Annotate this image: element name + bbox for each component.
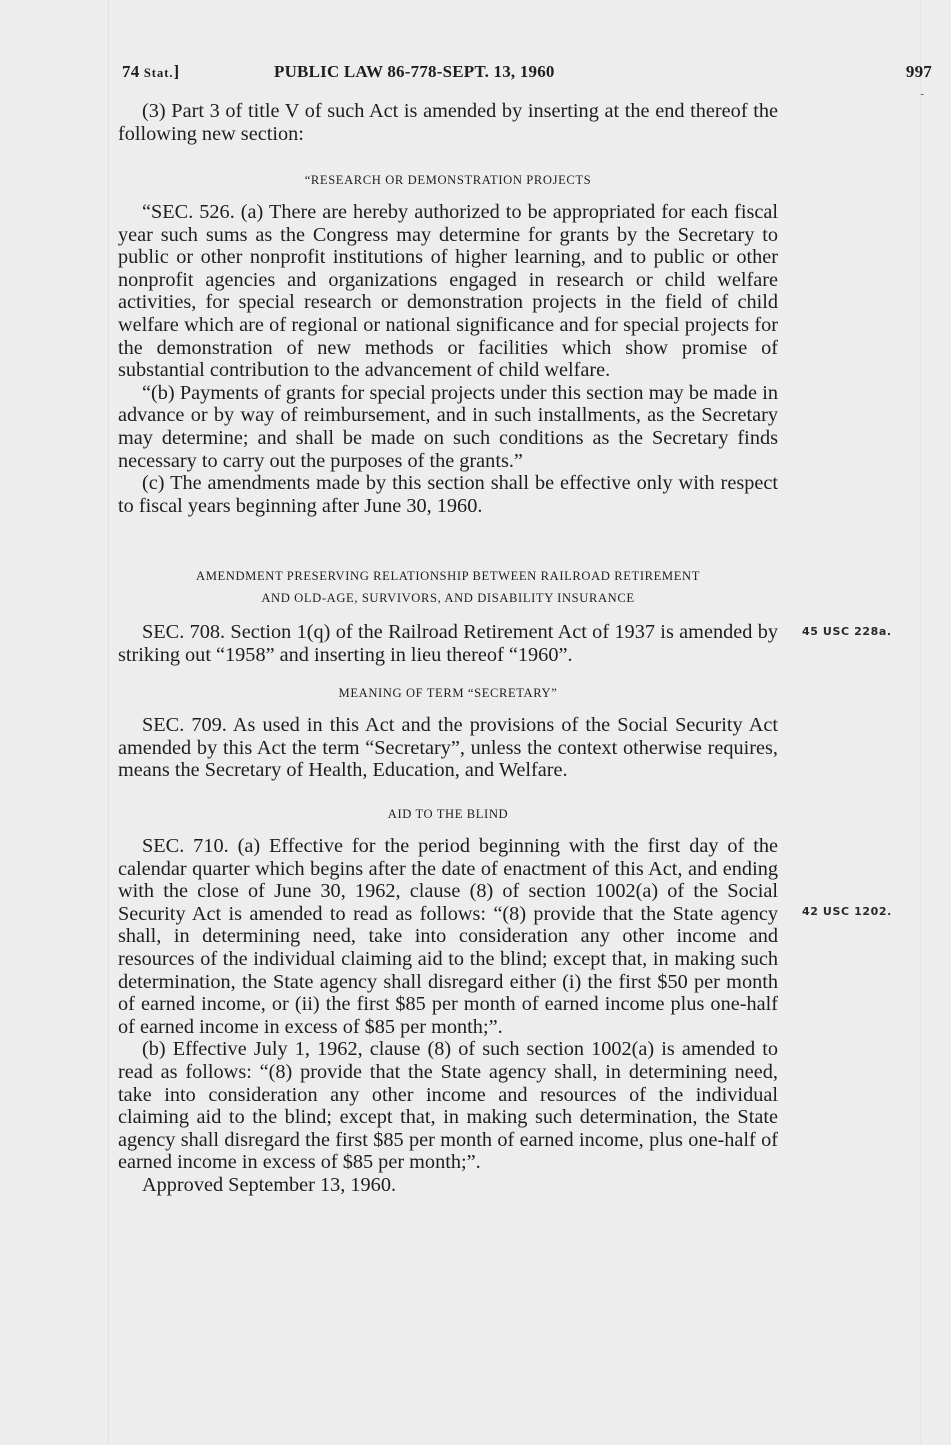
page-edge — [920, 0, 921, 1445]
section-710-b: (b) Effective July 1, 1962, clause (8) o… — [118, 1038, 778, 1174]
volume-abbrev: Stat. — [144, 66, 174, 80]
header-title: PUBLIC LAW 86-778-SEPT. 13, 1960 — [274, 62, 555, 82]
bracket: ] — [174, 62, 180, 81]
section-708: SEC. 708. Section 1(q) of the Railroad R… — [118, 621, 778, 666]
running-header: 74 Stat.] PUBLIC LAW 86-778-SEPT. 13, 19… — [122, 62, 932, 88]
section-526: “SEC. 526. (a) There are hereby authoriz… — [118, 201, 778, 517]
statute-citation: 74 Stat.] — [122, 62, 179, 82]
approval-date: Approved September 13, 1960. — [118, 1174, 778, 1197]
section-709: SEC. 709. As used in this Act and the pr… — [118, 714, 778, 782]
heading-research-projects: “RESEARCH OR DEMONSTRATION PROJECTS — [118, 169, 778, 191]
section-710: SEC. 710. (a) Effective for the period b… — [118, 835, 778, 1197]
section-526-b: “(b) Payments of grants for special proj… — [118, 382, 778, 472]
heading-line: AMENDMENT PRESERVING RELATIONSHIP BETWEE… — [118, 565, 778, 587]
heading-line: AND OLD-AGE, SURVIVORS, AND DISABILITY I… — [118, 587, 778, 609]
page-number: 997 — [906, 62, 932, 82]
margin-note-45-usc: 45 USC 228a. — [802, 625, 892, 638]
paragraph-part-3-amendment: (3) Part 3 of title V of such Act is ame… — [118, 100, 778, 145]
heading-aid-to-blind: AID TO THE BLIND — [118, 803, 778, 825]
paragraph-text: SEC. 708. Section 1(q) of the Railroad R… — [118, 621, 778, 666]
volume-number: 74 — [122, 62, 139, 81]
section-710-a: SEC. 710. (a) Effective for the period b… — [118, 835, 778, 1038]
paragraph-text: (3) Part 3 of title V of such Act is ame… — [118, 100, 778, 145]
heading-meaning-secretary: MEANING OF TERM “SECRETARY” — [118, 682, 778, 704]
section-526-a: “SEC. 526. (a) There are hereby authoriz… — [118, 201, 778, 382]
page-edge — [108, 0, 109, 1445]
header-mark: - — [920, 89, 924, 100]
heading-railroad-retirement: AMENDMENT PRESERVING RELATIONSHIP BETWEE… — [118, 565, 778, 609]
subsection-c: (c) The amendments made by this section … — [118, 472, 778, 517]
paragraph-text: SEC. 709. As used in this Act and the pr… — [118, 714, 778, 782]
margin-note-42-usc: 42 USC 1202. — [802, 905, 892, 918]
